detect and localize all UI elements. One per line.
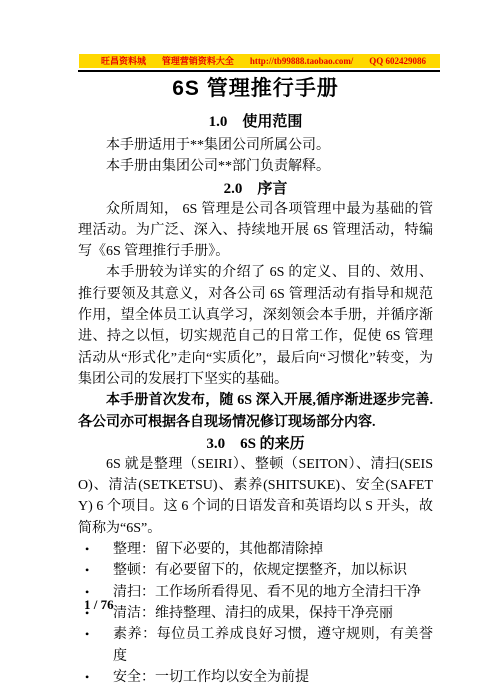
page-number: 1 / 76 — [84, 598, 114, 612]
list-item-text: 安全：一切工作均以安全为前提 — [113, 670, 309, 685]
six-s-list: • 整理：留下必要的，其他都清除掉 • 整顿：有必要留下的，依规定摆整齐，加以标… — [78, 539, 433, 688]
header-rule — [78, 70, 440, 72]
list-item-text: 清扫：工作场所看得见、看不见的地方全清扫干净 — [113, 585, 421, 600]
list-item-text: 整顿：有必要留下的，依规定摆整齐，加以标识 — [113, 563, 407, 578]
list-item-text: 清洁：维持整理、清扫的成果，保持干净亮丽 — [113, 606, 393, 621]
paragraph-scope-1: 本手册适用于**集团公司所属公司。 — [78, 135, 433, 156]
banner-tagline: 管理营销资料大全 — [162, 54, 234, 68]
banner-qq: QQ 602429086 — [369, 54, 426, 68]
list-item-safety: • 安全：一切工作均以安全为前提 — [78, 667, 433, 688]
banner-site-name: 旺昌资料城 — [101, 54, 146, 68]
paragraph-scope-2: 本手册由集团公司**部门负责解释。 — [78, 156, 433, 177]
list-item-shitsuke: • 素养：每位员工养成良好习惯，遵守规则，有美誉度 — [78, 624, 433, 667]
bullet-icon: • — [85, 539, 89, 560]
banner-url: http://tb99888.taobao.com/ — [250, 54, 354, 68]
list-item-text: 素养：每位员工养成良好习惯，遵守规则，有美誉度 — [113, 627, 433, 663]
section-heading-preface: 2.0 序言 — [78, 181, 433, 197]
document-content: 6S 管理推行手册 1.0 使用范围 本手册适用于**集团公司所属公司。 本手册… — [78, 76, 433, 688]
bullet-icon: • — [85, 624, 89, 645]
list-item-seiso: • 清扫：工作场所看得见、看不见的地方全清扫干净 — [78, 582, 433, 603]
paragraph-origin-1: 6S 就是整理（SEIRI）、整顿（SEITON）、清扫(SEISO)、清洁(S… — [78, 454, 433, 539]
bullet-icon: • — [85, 667, 89, 688]
document-title: 6S 管理推行手册 — [78, 76, 433, 101]
paragraph-preface-2: 本手册较为详实的介绍了 6S 的定义、目的、效用、推行要领及其意义，对各公司 6… — [78, 262, 433, 390]
paragraph-preface-1: 众所周知， 6S 管理是公司各项管理中最为基础的管理活动。为广泛、深入、持续地开… — [78, 199, 433, 263]
list-item-text: 整理：留下必要的，其他都清除掉 — [113, 542, 323, 557]
section-heading-scope: 1.0 使用范围 — [78, 114, 433, 130]
promo-banner: 旺昌资料城 管理营销资料大全 http://tb99888.taobao.com… — [79, 54, 440, 68]
bullet-icon: • — [85, 560, 89, 581]
list-item-seiton: • 整顿：有必要留下的，依规定摆整齐，加以标识 — [78, 560, 433, 581]
paragraph-preface-emphasis: 本手册首次发布，随 6S 深入开展,循序渐进逐步完善.各公司亦可根据各自现场情况… — [78, 390, 433, 433]
list-item-seiri: • 整理：留下必要的，其他都清除掉 — [78, 539, 433, 560]
section-heading-origin: 3.0 6S 的来历 — [78, 436, 433, 452]
list-item-setketsu: • 清洁：维持整理、清扫的成果，保持干净亮丽 — [78, 603, 433, 624]
document-page: 旺昌资料城 管理营销资料大全 http://tb99888.taobao.com… — [0, 0, 491, 695]
